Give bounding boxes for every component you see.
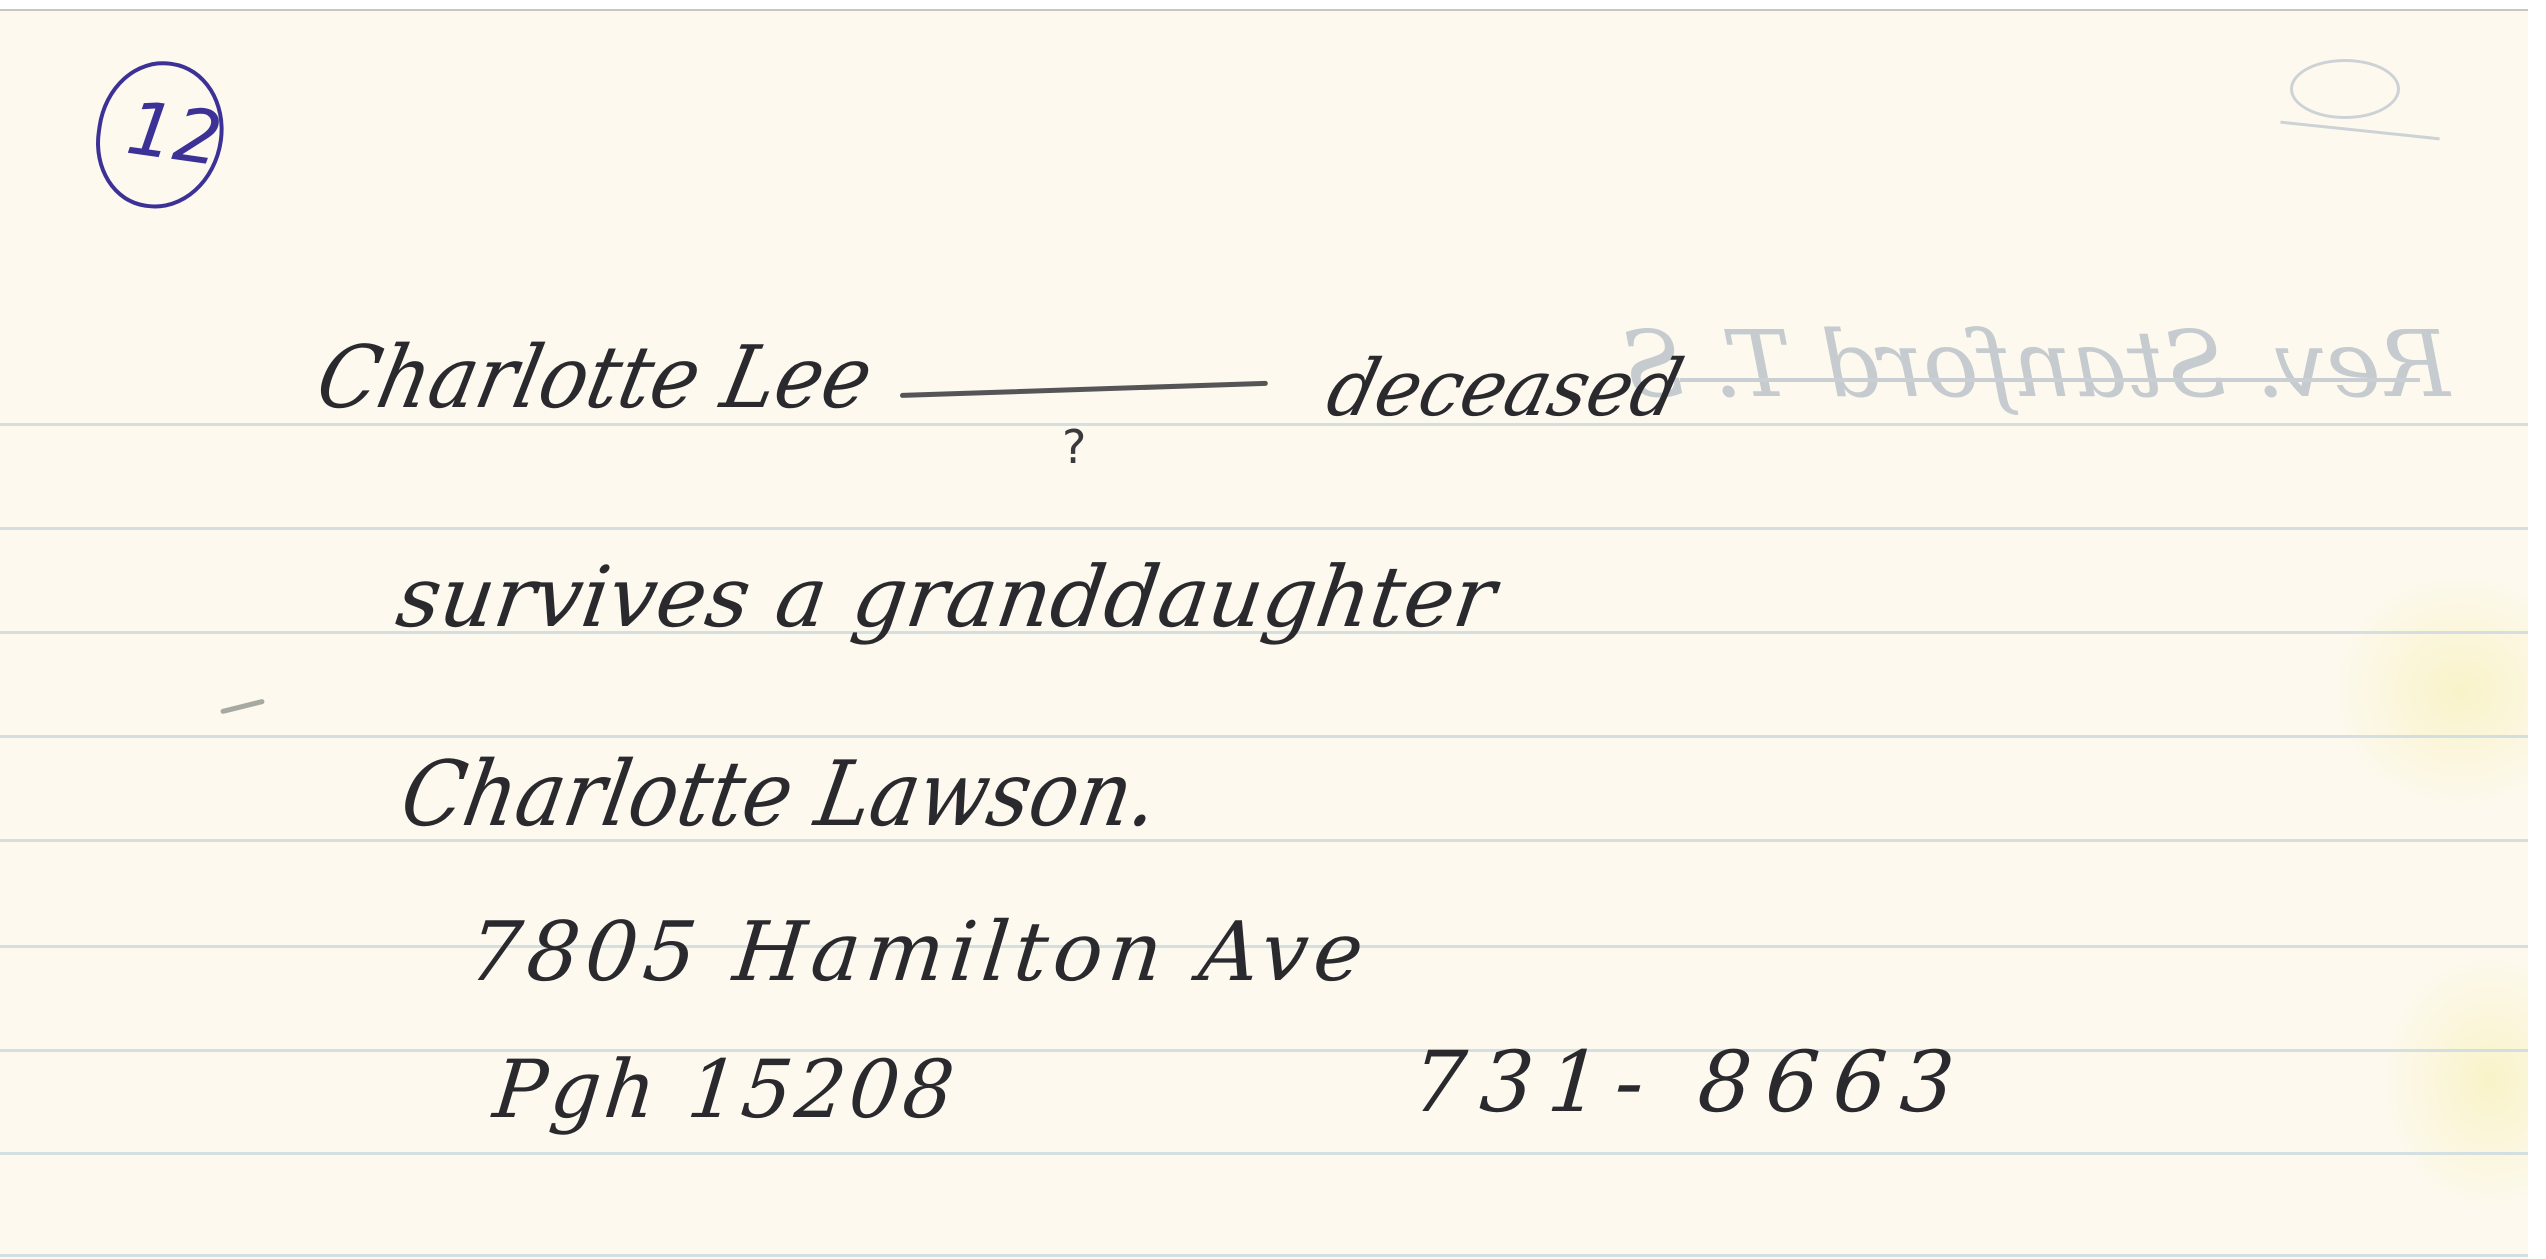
bleed-through-text: Rev. Stanford T. S [1690,311,2450,418]
yellow-stain [2380,951,2528,1211]
strike-through-line [1680,378,2420,382]
bleed-through-mark [2290,59,2400,119]
ruled-line [0,1049,2528,1052]
ruled-line [0,527,2528,530]
question-mark: ? [1062,420,1086,474]
survivor-name: Charlotte Lawson. [395,750,1165,840]
ruled-line [0,735,2528,738]
ruled-line [0,1254,2528,1257]
page-number: 12 [122,85,227,183]
phone-number: 731- 8663 [1410,1040,1971,1124]
status-deceased: deceased [1320,350,1690,428]
ruled-line [0,1152,2528,1155]
survivor-relationship: survives a granddaughter [392,555,1501,639]
city-zip: Pgh 15208 [490,1050,961,1130]
stray-mark [220,699,265,715]
deceased-name: Charlotte Lee [310,335,879,421]
ruled-line [0,839,2528,842]
bleed-through-underline [2280,121,2439,141]
street-address: 7805 Hamilton Ave [465,912,1373,994]
yellow-stain [2330,571,2528,811]
